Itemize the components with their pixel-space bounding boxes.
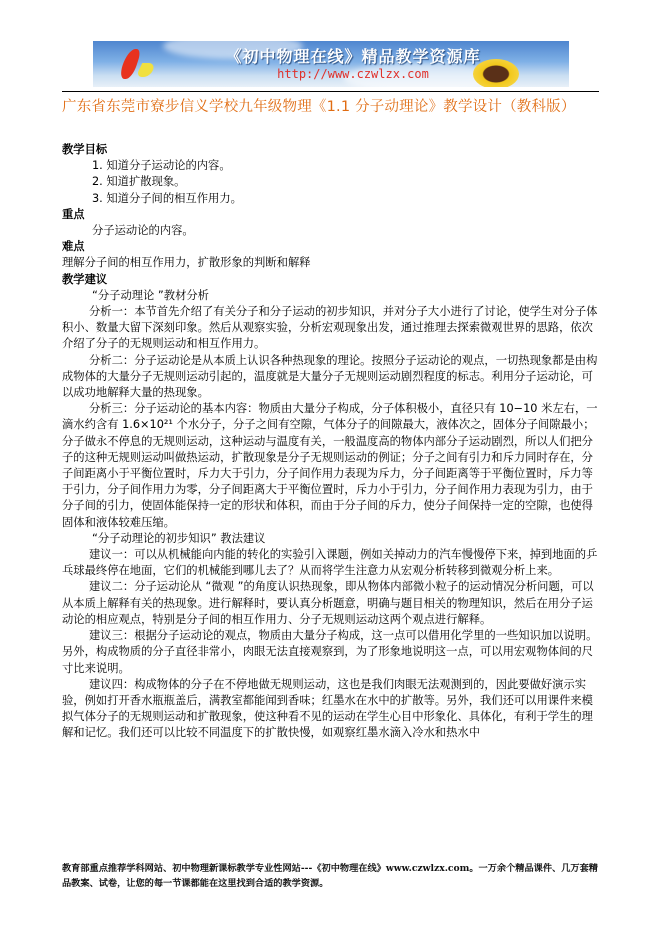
section-heading-difficulties: 难点 xyxy=(62,239,602,255)
site-logo-yellow-icon xyxy=(136,63,157,77)
site-banner[interactable]: 《初中物理在线》精品教学资源库 http://www.czwlzx.com xyxy=(93,41,569,87)
page-footer: 教育部重点推荐学科网站、初中物理新课标教学专业性网站---《初中物理在线》www… xyxy=(62,861,602,891)
method-paragraph: 建议二：分子运动论从 “微观 ”的角度认识热现象，即从物体内部微小粒子的运动情况… xyxy=(62,579,602,628)
banner-url[interactable]: http://www.czwlzx.com xyxy=(253,67,453,81)
analysis-paragraph: 分析二：分子运动论是从本质上认识各种热现象的理论。按照分子运动论的观点，一切热现… xyxy=(62,353,602,402)
section-heading-goals: 教学目标 xyxy=(62,142,602,158)
goal-item: 2. 知道扩散现象。 xyxy=(62,174,602,190)
method-subtitle: “分子动理论的初步知识” 教法建议 xyxy=(62,531,602,547)
sunflower-icon xyxy=(473,59,519,87)
goal-item: 1. 知道分子运动论的内容。 xyxy=(62,158,602,174)
header-divider xyxy=(62,91,599,92)
difficulties-text: 理解分子间的相互作用力，扩散形象的判断和解释 xyxy=(62,255,602,271)
analysis-paragraph: 分析三：分子运动论的基本内容：物质由大量分子构成，分子体积极小，直径只有 10−… xyxy=(62,401,602,531)
section-heading-suggestions: 教学建议 xyxy=(62,272,602,288)
banner-title: 《初中物理在线》精品教学资源库 xyxy=(203,44,503,67)
method-paragraph: 建议三：根据分子运动论的观点，物质由大量分子构成，这一点可以借用化学里的一些知识… xyxy=(62,628,602,677)
section-heading-key-points: 重点 xyxy=(62,207,602,223)
method-paragraph: 建议一：可以从机械能向内能的转化的实验引入课题，例如关掉动力的汽车慢慢停下来，掉… xyxy=(62,547,602,579)
analysis-paragraph: 分析一：本节首先介绍了有关分子和分子运动的初步知识，并对分子大小进行了讨论，使学… xyxy=(62,304,602,353)
document-body: 教学目标 1. 知道分子运动论的内容。 2. 知道扩散现象。 3. 知道分子间的… xyxy=(62,142,602,742)
method-paragraph: 建议四：构成物体的分子在不停地做无规则运动，这也是我们肉眼无法观测到的，因此要做… xyxy=(62,677,602,742)
document-title: 广东省东莞市寮步信义学校九年级物理《1.1 分子动理论》教学设计（教科版） xyxy=(62,95,602,116)
analysis-subtitle: “分子动理论 ”教材分析 xyxy=(62,288,602,304)
key-points-text: 分子运动论的内容。 xyxy=(62,223,602,239)
goal-item: 3. 知道分子间的相互作用力。 xyxy=(62,191,602,207)
